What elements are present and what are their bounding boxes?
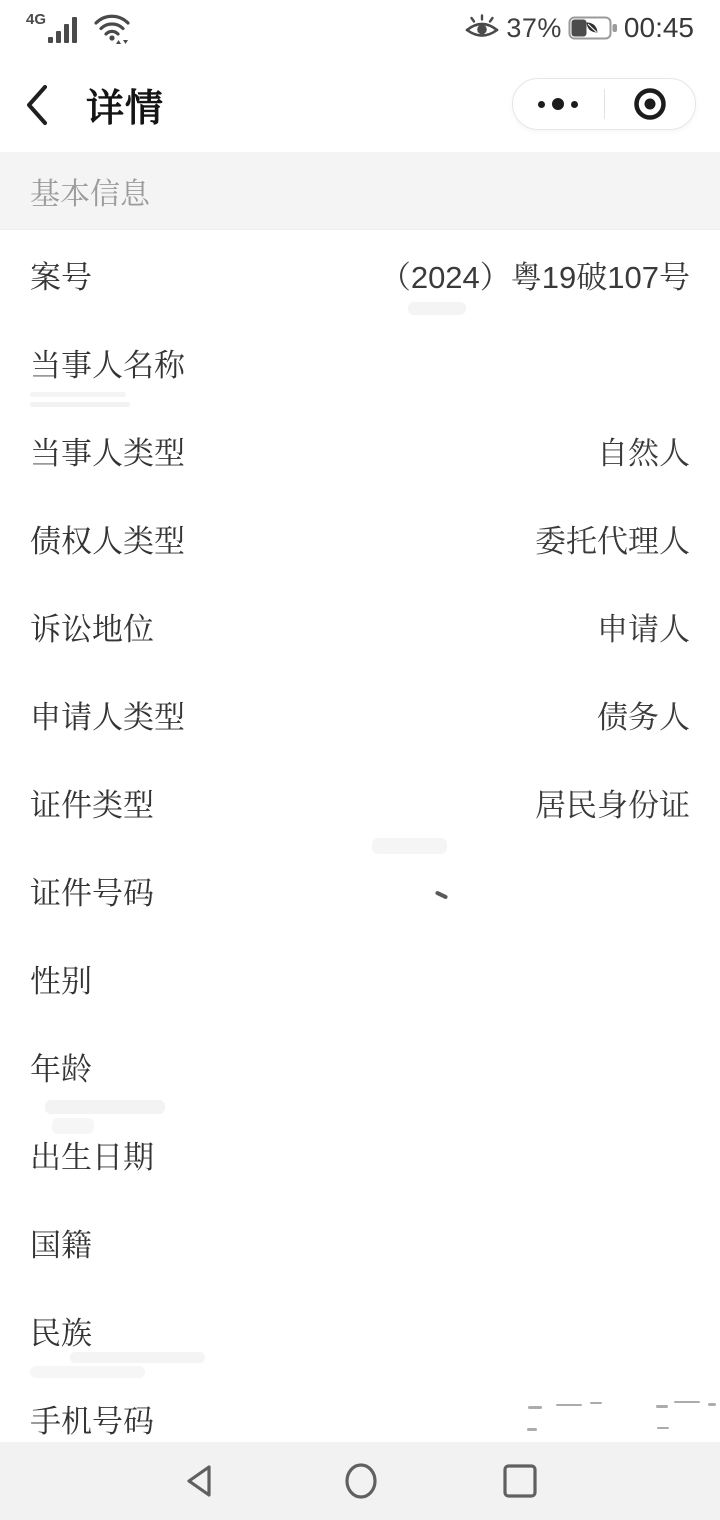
triangle-left-icon <box>189 1467 209 1495</box>
nav-back-button[interactable] <box>181 1462 219 1500</box>
miniprogram-capsule <box>512 78 696 130</box>
redacted-phone-remnant <box>590 1402 602 1404</box>
eye-comfort-icon <box>464 14 500 42</box>
field-label: 国籍 <box>30 1220 92 1265</box>
field-value: 申请人 <box>597 604 690 649</box>
battery-percent: 37% <box>506 13 562 44</box>
redacted-phone-remnant <box>657 1427 669 1429</box>
field-row-party-type: 当事人类型 自然人 <box>0 406 720 494</box>
more-menu-button[interactable] <box>513 79 604 129</box>
redaction-smudge <box>52 1118 94 1134</box>
field-label: 当事人类型 <box>30 428 185 473</box>
field-value: （2024）粤19破107号 <box>380 252 690 297</box>
field-label: 性别 <box>30 956 92 1001</box>
status-bar: 4G 37 <box>0 0 720 56</box>
field-row-applicant-type: 申请人类型 债务人 <box>0 670 720 758</box>
redaction-smudge <box>70 1352 205 1363</box>
field-value: 债务人 <box>597 692 690 737</box>
field-label: 债权人类型 <box>30 516 185 561</box>
nav-recents-button[interactable] <box>501 1462 539 1500</box>
redaction-smudge <box>30 1366 145 1378</box>
field-row-age: 年龄 <box>0 1022 720 1110</box>
back-button[interactable] <box>24 82 64 128</box>
field-row-gender: 性别 <box>0 934 720 1022</box>
redacted-phone-remnant <box>674 1401 700 1403</box>
redacted-phone-remnant <box>527 1428 537 1431</box>
field-row-litigation-status: 诉讼地位 申请人 <box>0 582 720 670</box>
redaction-smudge <box>30 402 130 407</box>
square-icon <box>505 1466 535 1496</box>
field-label: 民族 <box>30 1308 92 1353</box>
app-screen: 4G 37 <box>0 0 720 1520</box>
wifi-icon <box>92 11 132 45</box>
page-title: 详情 <box>86 56 164 152</box>
field-row-id-number: 证件号码 <box>0 846 720 934</box>
field-label: 申请人类型 <box>30 692 185 737</box>
field-label: 当事人名称 <box>30 340 185 385</box>
field-value: 自然人 <box>597 428 690 473</box>
redacted-phone-remnant <box>556 1404 582 1406</box>
field-label: 出生日期 <box>30 1132 154 1177</box>
field-label: 证件号码 <box>30 868 154 913</box>
detail-fields: 案号 （2024）粤19破107号 当事人名称 当事人类型 自然人 债权人类型 … <box>0 230 720 1462</box>
section-header: 基本信息 <box>0 152 720 230</box>
field-row-case-number: 案号 （2024）粤19破107号 <box>0 230 720 318</box>
nav-header: 详情 <box>0 56 720 152</box>
field-label: 案号 <box>30 252 92 297</box>
redacted-phone-remnant <box>708 1403 716 1406</box>
redacted-phone-remnant <box>528 1406 542 1409</box>
field-row-nationality: 国籍 <box>0 1198 720 1286</box>
field-label: 证件类型 <box>30 780 154 825</box>
field-row-birth-date: 出生日期 <box>0 1110 720 1198</box>
field-label: 手机号码 <box>30 1396 154 1441</box>
target-circle-icon <box>630 84 670 124</box>
three-dots-icon <box>538 98 578 110</box>
android-navigation-bar <box>0 1442 720 1520</box>
clock-time: 00:45 <box>624 12 694 44</box>
section-header-label: 基本信息 <box>30 169 150 213</box>
field-label: 年龄 <box>30 1044 92 1089</box>
redaction-smudge <box>372 838 447 854</box>
field-row-creditor-type: 债权人类型 委托代理人 <box>0 494 720 582</box>
field-label: 诉讼地位 <box>30 604 154 649</box>
redaction-smudge <box>30 392 126 397</box>
miniprogram-exit-button[interactable] <box>605 79 696 129</box>
network-type-label: 4G <box>26 11 46 28</box>
redaction-smudge <box>408 302 466 315</box>
chevron-left-icon <box>24 83 50 127</box>
redacted-phone-remnant <box>656 1405 668 1408</box>
redaction-smudge <box>45 1100 165 1114</box>
battery-saver-icon <box>568 14 618 42</box>
circle-icon <box>347 1465 375 1497</box>
field-value: 居民身份证 <box>535 780 690 825</box>
cellular-signal-4g-icon: 4G <box>26 10 84 46</box>
field-value: 委托代理人 <box>535 516 690 561</box>
field-row-id-type: 证件类型 居民身份证 <box>0 758 720 846</box>
nav-home-button[interactable] <box>342 1462 380 1500</box>
